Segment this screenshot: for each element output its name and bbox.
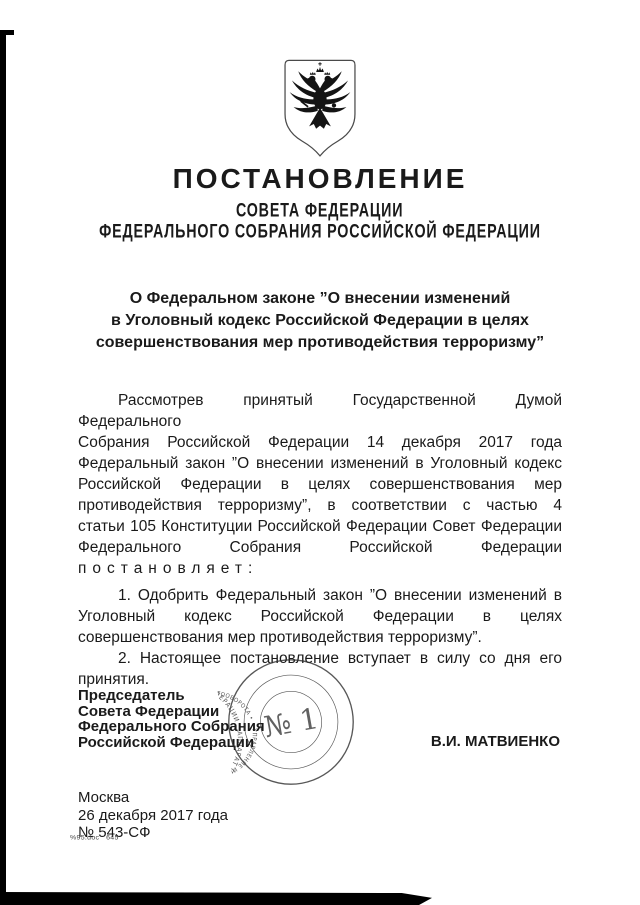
document-page: ПОСТАНОВЛЕНИЕ СОВЕТА ФЕДЕРАЦИИ ФЕДЕРАЛЬН… — [0, 0, 640, 905]
scan-edge-bottom-bar — [0, 892, 432, 905]
stamp-number: № 1 — [261, 701, 321, 744]
item-1-line: 1. Одобрить Федеральный закон ”О внесени… — [78, 585, 562, 606]
subject-line: О Федеральном законе ”О внесении изменен… — [78, 288, 562, 310]
adoption-date: 26 декабря 2017 года — [78, 807, 228, 825]
scan-edge-left-bar — [0, 30, 6, 905]
subject-line: совершенствования мер противодействия те… — [78, 332, 562, 354]
document-subject: О Федеральном законе ”О внесении изменен… — [78, 288, 562, 354]
org-name-line2: ФЕДЕРАЛЬНОГО СОБРАНИЯ РОССИЙСКОЙ ФЕДЕРАЦ… — [0, 222, 640, 242]
coat-of-arms-icon — [281, 58, 359, 159]
subject-line: в Уголовный кодекс Российской Федерации … — [78, 310, 562, 332]
preamble-line: Федеральный закон ”О внесении изменений … — [78, 453, 562, 474]
preamble-line: Российской Федерации в целях совершенств… — [78, 474, 562, 495]
preamble-line: статьи 105 Конституции Российской Федера… — [78, 516, 562, 537]
decree-word: постановляет: — [78, 558, 562, 579]
document-title: ПОСТАНОВЛЕНИЕ — [0, 164, 640, 194]
item-1-line: совершенствования мер противодействия те… — [78, 627, 562, 648]
place-date-block: Москва 26 декабря 2017 года № 543-СФ — [78, 789, 228, 842]
preamble-line: противодействия терроризму”, в соответст… — [78, 495, 562, 516]
preamble-line: Собрания Российской Федерации 14 декабря… — [78, 432, 562, 453]
city: Москва — [78, 789, 228, 807]
preamble-line: Федерального Собрания Российской Федерац… — [78, 537, 562, 558]
item-1-line: Уголовный кодекс Российской Федерации в … — [78, 606, 562, 627]
scan-footnote: %95.doc 645 — [70, 835, 119, 841]
signer-name: В.И. МАТВИЕНКО — [431, 733, 560, 750]
official-stamp: АППАРАТ СОВЕТА ФЕДЕРАЦИИ • ФЕДЕРАЛЬНОГО … — [213, 644, 368, 799]
org-name-line1: СОВЕТА ФЕДЕРАЦИИ — [0, 201, 640, 221]
preamble-line: Рассмотрев принятый Государственной Думо… — [78, 390, 562, 432]
document-body: Рассмотрев принятый Государственной Думо… — [78, 390, 562, 690]
